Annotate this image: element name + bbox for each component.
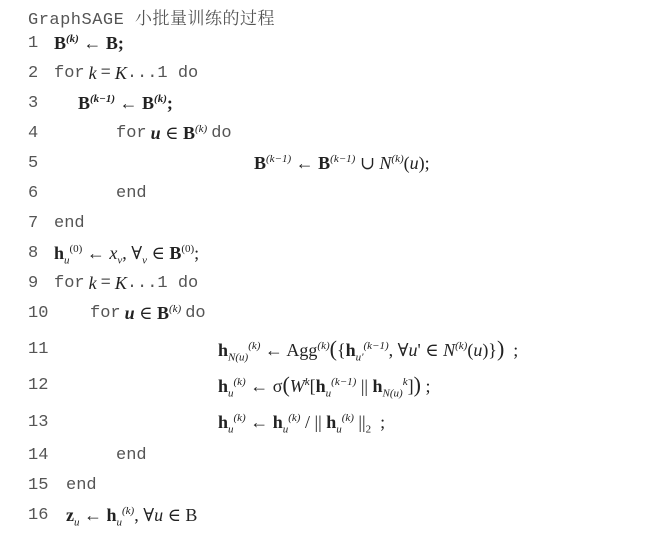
line-13: 13 hu(k) ← hu(k) / || hu(k) ||2 ; <box>28 407 385 437</box>
line-5: 5 B(k−1) ← B(k−1) ∪ N(k)(u); <box>28 148 430 178</box>
line-10: 10 for u ∈ B(k) do <box>28 298 206 328</box>
line-11: 11 hN(u)(k) ← Agg(k)({hu'(k−1), ∀u' ∈ N(… <box>28 334 518 364</box>
line-15: 15 end <box>28 470 97 500</box>
line-3: 3 B(k−1) ← B(k); <box>28 88 173 118</box>
line-1: 1 B(k) ← B; <box>28 28 124 58</box>
algorithm-title: GraphSAGE 小批量训练的过程 <box>28 4 275 30</box>
line-12: 12 hu(k) ← σ(Wk[hu(k−1) || hN(u)k]) ; <box>28 370 430 400</box>
line-14: 14 end <box>28 440 147 470</box>
line-7: 7 end <box>28 208 85 238</box>
line-2: 2 for k = K...1 do <box>28 58 198 88</box>
line-9: 9 for k = K...1 do <box>28 268 198 298</box>
line-6: 6 end <box>28 178 147 208</box>
line-4: 4 for u ∈ B(k) do <box>28 118 232 148</box>
line-16: 16 zu ← hu(k), ∀u ∈ B <box>28 500 197 530</box>
line-8: 8 hu(0) ← xv, ∀v ∈ B(0); <box>28 238 199 268</box>
